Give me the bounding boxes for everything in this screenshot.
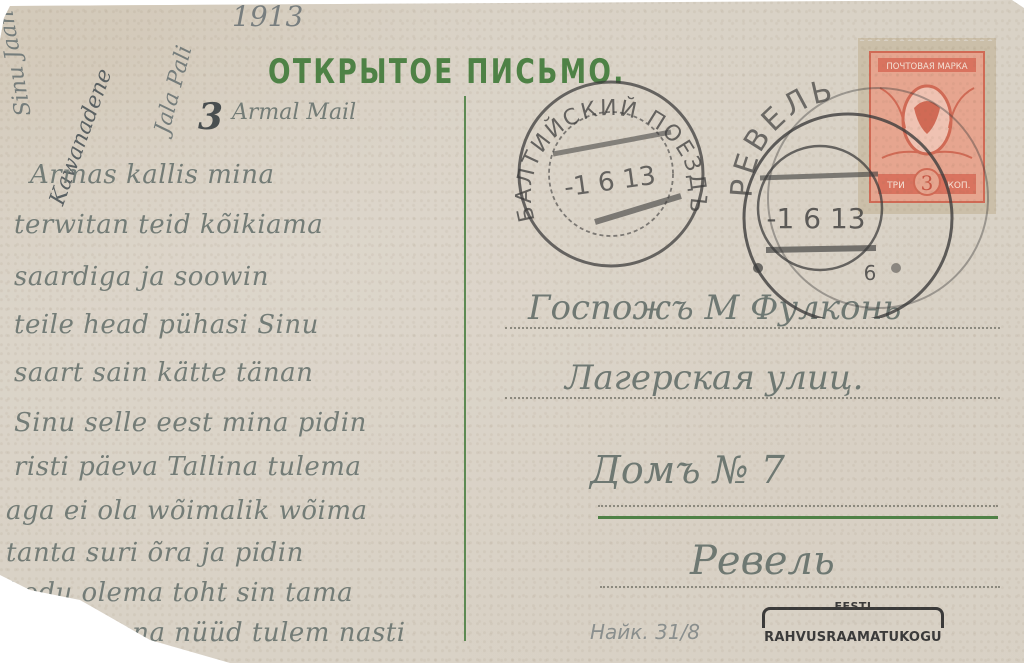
message-line: aga ei ola wõimalik wõima bbox=[6, 496, 368, 526]
postmark-bottom-number: 6 bbox=[864, 261, 877, 285]
pencil-note: Найк. 31/8 bbox=[590, 620, 700, 644]
postmark-ring-text: БАЛТИЙСКИЙ ПОЕЗДЪ ЭСТЛ. bbox=[505, 70, 711, 228]
message-line: risti päeva Tallina tulema bbox=[14, 452, 361, 482]
vertical-divider bbox=[464, 96, 466, 641]
library-top-text: EESTI bbox=[758, 600, 948, 613]
message-line: kodu olema toht sin tama bbox=[6, 578, 353, 608]
svg-text:БАЛТИЙСКИЙ ПОЕЗДЪ ЭСТЛ.: БАЛТИЙСКИЙ ПОЕЗДЪ ЭСТЛ. bbox=[505, 70, 711, 228]
postmark-date: -1 6 13 bbox=[766, 202, 865, 235]
address-line-city bbox=[600, 586, 1000, 588]
airmail-note: Armal Mail bbox=[232, 100, 356, 125]
stamp-top-text: ПОЧТОВАЯ МАРКА bbox=[886, 62, 967, 72]
postmark-date: -1 6 13 bbox=[562, 161, 657, 204]
side-note-3: Jala Pali bbox=[150, 43, 197, 136]
message-line: saardiga ja soowin bbox=[14, 262, 269, 292]
library-bottom-text: RAHVUSRAAMATUKOGU bbox=[758, 630, 948, 645]
message-line: Sinu selle eest mina pidin bbox=[14, 408, 367, 438]
message-line: teile head pühasi Sinu bbox=[14, 310, 319, 340]
address-solid-line bbox=[598, 516, 998, 519]
message-line: Armas kallis mina bbox=[30, 160, 275, 190]
message-line: terwitan teid kõikiama bbox=[14, 210, 323, 240]
side-note-1: Sinu Jaan bbox=[0, 9, 37, 118]
postmark-revel: РЕВЕЛЬ -1 6 13 6 bbox=[700, 78, 1000, 318]
message-line: ka minna nüüd tulem nasti bbox=[40, 618, 406, 648]
address-house: Домъ № 7 bbox=[590, 448, 785, 492]
address-street: Лагерская улиц. bbox=[565, 358, 863, 398]
postmark-railway: БАЛТИЙСКИЙ ПОЕЗДЪ ЭСТЛ. -1 6 13 bbox=[505, 70, 715, 270]
message-line: tanta suri õra ja pidin bbox=[6, 538, 304, 568]
message-line: saart sain kätte tänan bbox=[14, 358, 313, 388]
address-city: Ревель bbox=[690, 538, 835, 584]
postcard: ОТКРЫТОЕ ПИСЬМО. 1913 3 Armal Mail Sinu … bbox=[0, 0, 1024, 663]
number-mark: 3 bbox=[198, 96, 223, 138]
year-note: 1913 bbox=[232, 0, 303, 33]
address-line-3 bbox=[598, 505, 998, 507]
library-stamp: EESTI RAHVUSRAAMATUKOGU bbox=[758, 600, 948, 650]
